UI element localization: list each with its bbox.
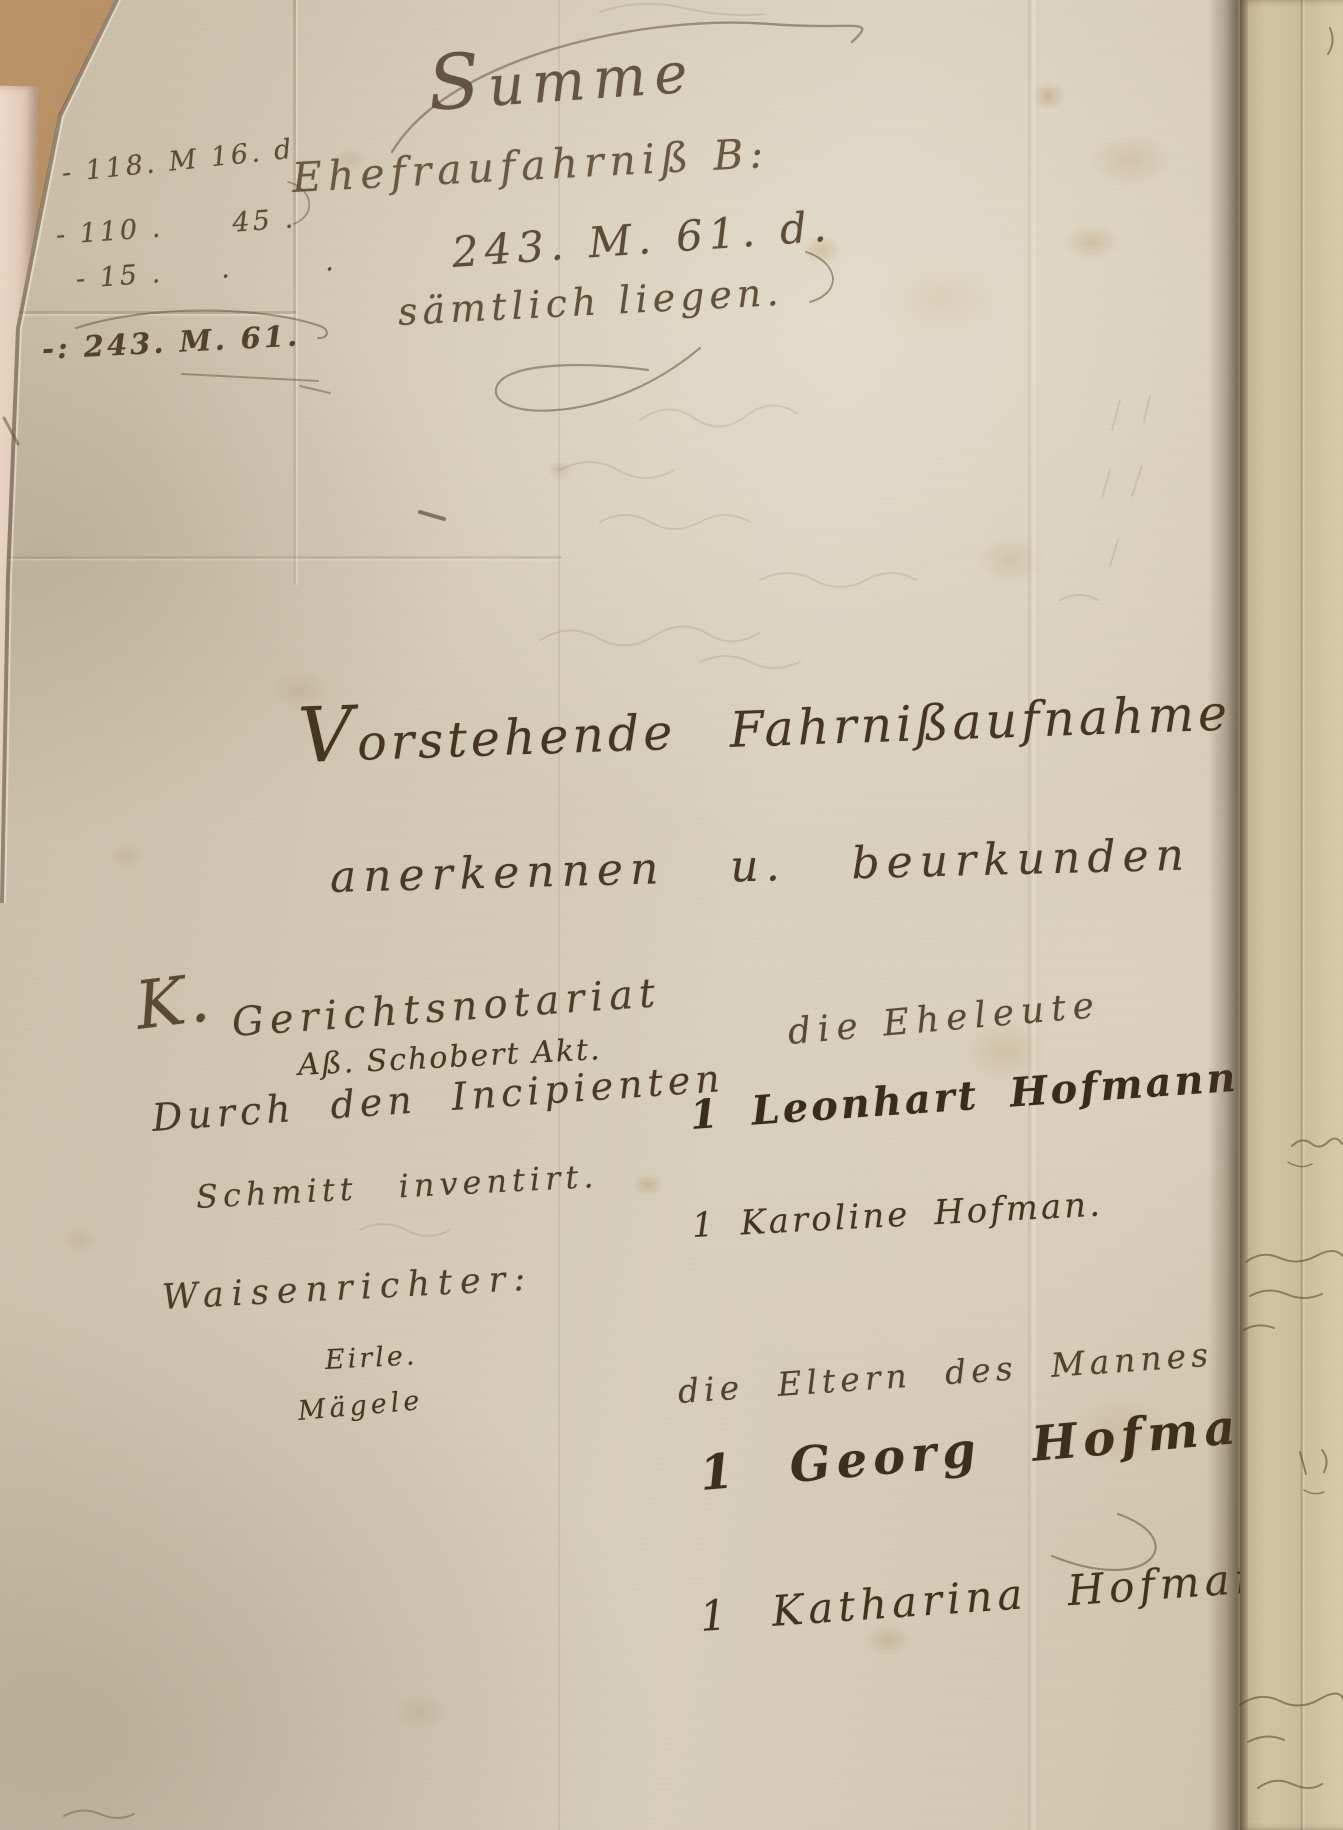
page-title: Summe [425, 21, 698, 127]
signature-eirle: Eirle. [324, 1340, 418, 1376]
manuscript-photo: Summe Ehefraufahrniß B: 243. M. 61. d. s… [0, 0, 1343, 1830]
next-page-right-edge [1238, 0, 1343, 1830]
court-initial: K. [131, 959, 216, 1045]
manuscript-page: Summe Ehefraufahrniß B: 243. M. 61. d. s… [0, 0, 1343, 1830]
